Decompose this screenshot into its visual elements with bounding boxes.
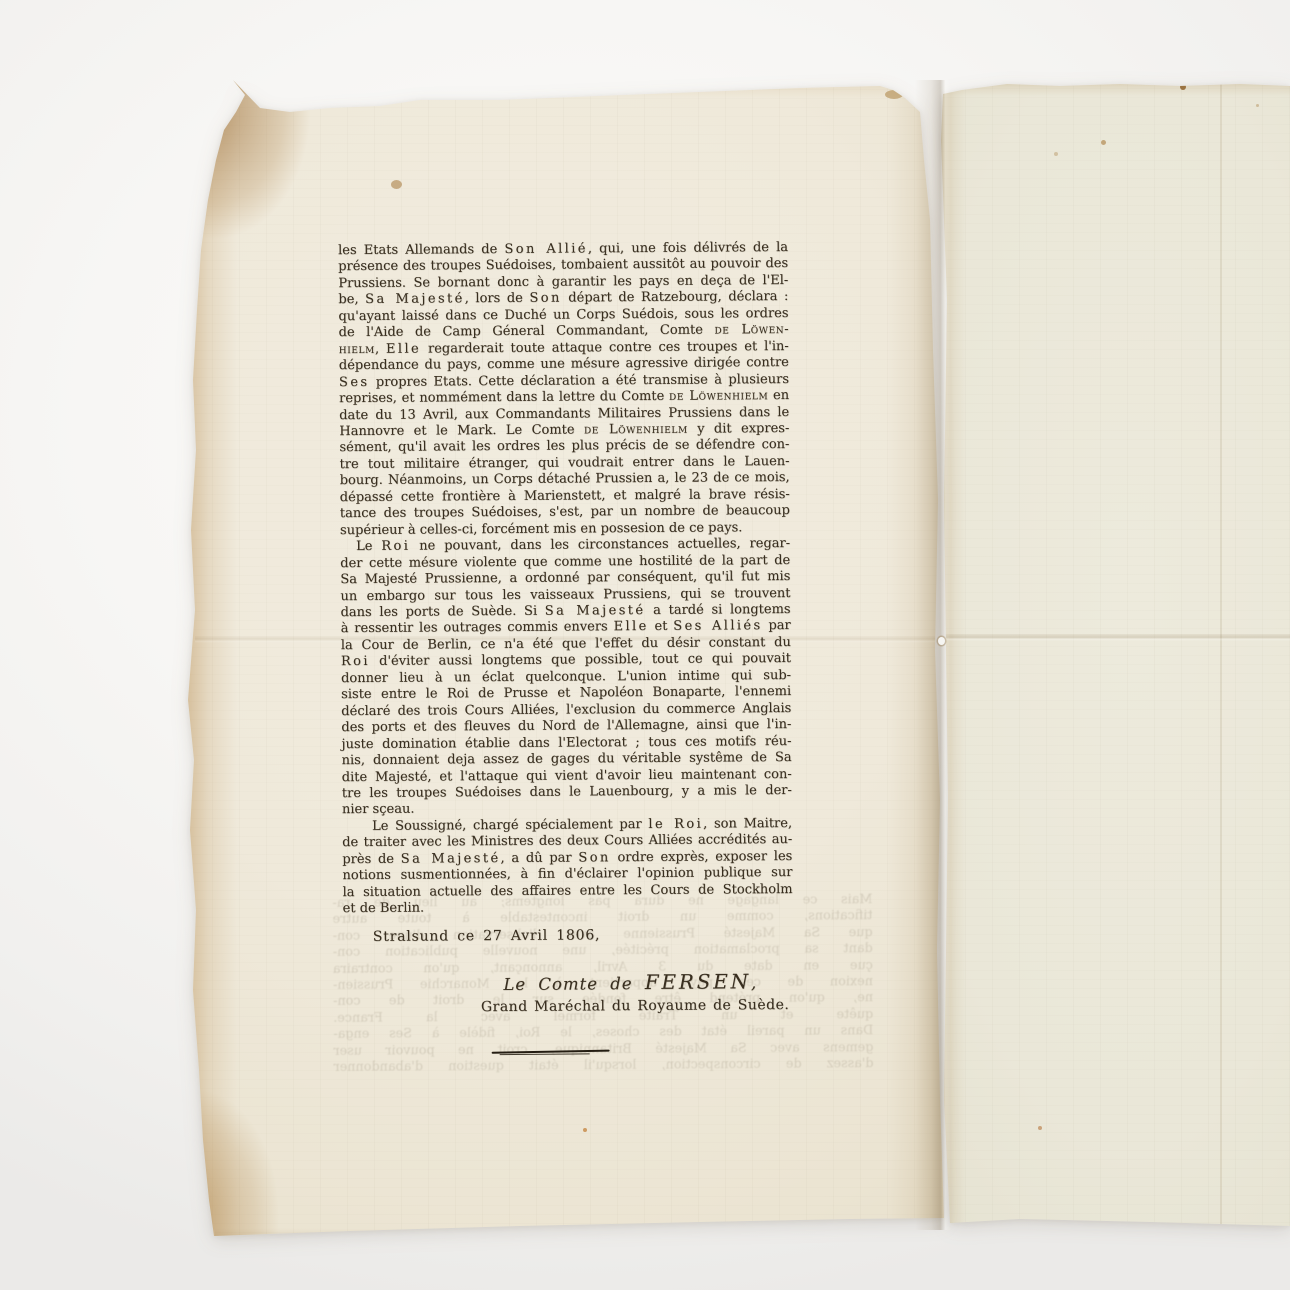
photograph-of-document: Mais ce langage ne dura pas longtems; au… bbox=[0, 0, 1290, 1290]
signature-line: Le Comte de FERSEN, bbox=[343, 969, 793, 998]
foxing-spot bbox=[1101, 140, 1106, 145]
horizontal-fold-crease bbox=[938, 634, 1290, 641]
signature-title: Grand Maréchal du Royaume de Suède. bbox=[343, 997, 793, 1017]
signature-name: FERSEN bbox=[645, 969, 751, 994]
left-page: Mais ce langage ne dura pas longtems; au… bbox=[185, 76, 947, 1242]
worm-hole bbox=[938, 637, 945, 645]
foxing-spot bbox=[885, 90, 903, 99]
text-line: et de Berlin. bbox=[343, 898, 793, 918]
paragraph: les Etats Allemands de Son Allié, qui, u… bbox=[338, 240, 790, 539]
text-line: la situation actuelle des affaires entre… bbox=[342, 882, 792, 902]
paragraph: Le Soussigné, chargé spécialement par le… bbox=[342, 816, 793, 918]
foxing-spot bbox=[1054, 152, 1058, 156]
foxing-spot bbox=[1038, 1126, 1042, 1130]
edge-stain bbox=[938, 76, 1290, 96]
signature-prefix: Le Comte de bbox=[503, 974, 645, 994]
edge-stain bbox=[185, 76, 237, 1242]
paragraph: Le Roi ne pouvant, dans les circonstance… bbox=[340, 536, 792, 819]
paper-texture bbox=[938, 76, 1290, 1232]
fold-stain bbox=[887, 76, 947, 1242]
vertical-crease bbox=[1220, 82, 1222, 1224]
edge-stain bbox=[215, 1228, 947, 1242]
document-text: les Etats Allemands de Son Allié, qui, u… bbox=[338, 240, 794, 1059]
signature-suffix: , bbox=[751, 973, 757, 992]
left-leaf-wrapper: Mais ce langage ne dura pas longtems; au… bbox=[185, 76, 947, 1242]
foxing-spot bbox=[583, 1128, 587, 1132]
bleedthrough-line: d'assez de circonspection, lorsqu'il éta… bbox=[334, 1056, 874, 1076]
right-page bbox=[938, 76, 1290, 1232]
right-leaf-wrapper bbox=[938, 76, 1290, 1232]
foxing-spot bbox=[391, 180, 402, 189]
dateline: Stralsund ce 27 Avril 1806, bbox=[343, 926, 793, 946]
body-paragraphs: les Etats Allemands de Son Allié, qui, u… bbox=[338, 240, 793, 918]
foxing-spot bbox=[1256, 104, 1259, 107]
edge-stain bbox=[229, 76, 907, 98]
foxing-spot bbox=[1180, 84, 1186, 90]
